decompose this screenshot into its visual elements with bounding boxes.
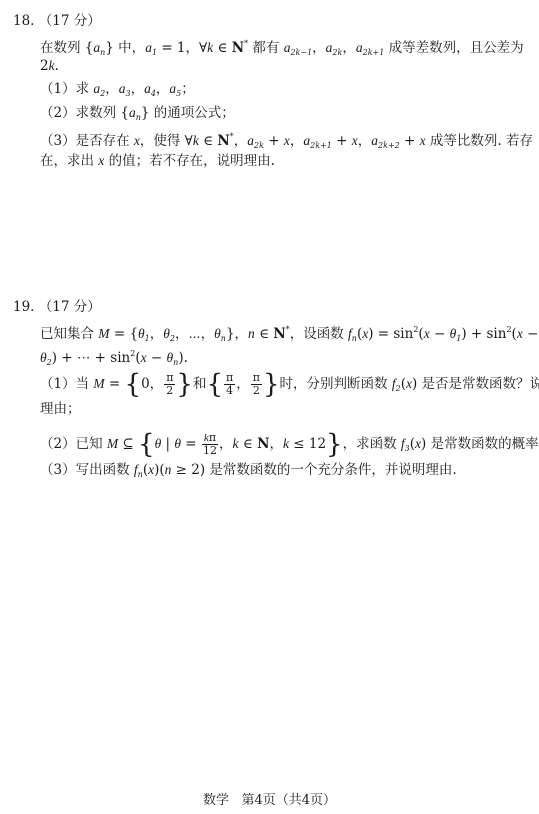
question-18-stem-line-1: 在数列 {an} 中，a1 = 1，∀k ∈ N* 都有 a2k−1，a2k，a… <box>40 35 524 62</box>
question-18-part-2: （2）求数列 {an} 的通项公式； <box>40 104 235 127</box>
question-points: （17 分） <box>39 13 101 29</box>
question-number: 18. <box>13 13 34 29</box>
question-19-stem-line-2: θ2) + ⋯ + sin2(x − θn). <box>40 345 188 372</box>
question-number: 19. <box>13 299 34 315</box>
question-19-header: 19. （17 分） <box>13 298 101 316</box>
question-19-part-2: （2）已知 M ⊆ {θ | θ = kπ12，k ∈ N，k ≤ 12}，求函… <box>40 432 539 458</box>
question-18-stem-line-2: 2k. <box>40 57 59 75</box>
question-18-part-1: （1）求 a2，a3，a4，a5； <box>40 80 195 103</box>
question-points: （17 分） <box>39 299 101 315</box>
page-footer: 数学 第4页（共4页） <box>0 789 539 808</box>
question-19-stem-line-1: 已知集合 M = {θ1，θ2，⋯，θn}，n ∈ N*，设函数 fn(x) =… <box>40 321 538 348</box>
question-19-part-1: （1）当 M = {0，π2}和{π4，π2}时，分别判断函数 f2(x) 是否… <box>40 372 539 398</box>
question-18-part-3-cont: 在，求出 x 的值；若不存在，说明理由. <box>40 152 275 170</box>
question-19-part-1-cont: 理由； <box>40 400 81 418</box>
question-18-part-3: （3）是否存在 x，使得 ∀k ∈ N*，a2k + x，a2k+1 + x，a… <box>40 128 533 155</box>
question-18-header: 18. （17 分） <box>13 12 101 30</box>
question-19-part-3: （3）写出函数 fn(x)(n ≥ 2) 是常数函数的一个充分条件，并说明理由. <box>40 461 457 484</box>
footer-subject: 数学 <box>203 793 229 808</box>
footer-page-label: 第4页（共4页） <box>241 793 336 808</box>
